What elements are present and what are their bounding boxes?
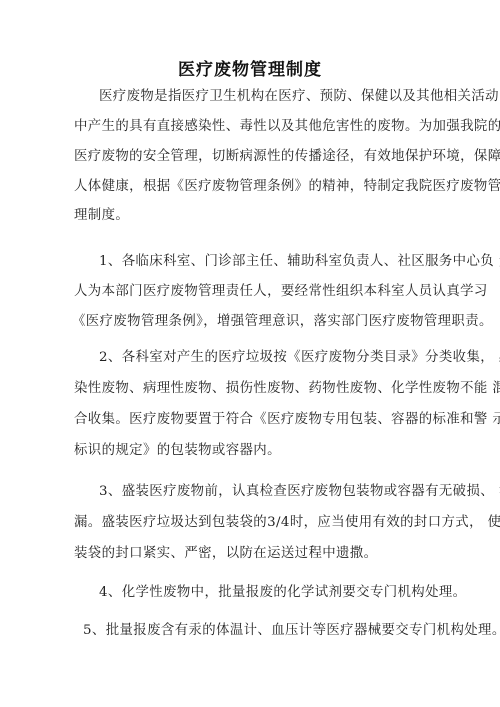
paragraph-intro-line-1: 医疗废物是指医疗卫生机构在医疗、预防、保健以及其他相关活动 bbox=[99, 88, 434, 106]
paragraph-intro-line-4: 人体健康，根据《医疗废物管理条例》的精神，特制定我院医疗废物管 bbox=[74, 178, 434, 196]
item-2-line-1: 2、各科室对产生的医疗垃圾按《医疗废物分类目录》分类收集， 感 bbox=[99, 349, 434, 367]
document-page: 医疗废物管理制度 医疗废物是指医疗卫生机构在医疗、预防、保健以及其他相关活动 中… bbox=[0, 0, 500, 707]
item-4-line-1: 4、化学性废物中，批量报废的化学试剂要交专门机构处理。 bbox=[99, 584, 434, 602]
item-3-line-2: 漏。盛装医疗垃圾达到包装袋的3/4时，应当使用有效的封口方式， 使包 bbox=[74, 514, 434, 532]
item-1-line-2: 人为本部门医疗废物管理责任人，要经常性组织本科室人员认真学习 bbox=[74, 283, 434, 301]
paragraph-intro-line-5: 理制度。 bbox=[74, 207, 434, 225]
paragraph-intro-line-2: 中产生的具有直接感染性、毒性以及其他危害性的废物。为加强我院的 bbox=[74, 118, 434, 136]
item-3-line-1: 3、盛装医疗废物前，认真检查医疗废物包装物或容器有无破损、 渗 bbox=[99, 483, 434, 501]
item-5-line-1: 5、批量报废含有汞的体温计、血压计等医疗器械要交专门机构处理。 bbox=[83, 622, 443, 640]
document-title: 医疗废物管理制度 bbox=[0, 55, 500, 80]
item-2-line-3: 合收集。医疗废物要置于符合《医疗废物专用包装、容器的标准和警 示 bbox=[74, 411, 434, 429]
item-2-line-2: 染性废物、病理性废物、损伤性废物、药物性废物、化学性废物不能 混 bbox=[74, 380, 434, 398]
paragraph-intro-line-3: 医疗废物的安全管理，切断病源性的传播途径，有效地保护环境，保障 bbox=[74, 148, 434, 166]
item-2-line-4: 标识的规定》的包装物或容器内。 bbox=[74, 442, 434, 460]
item-1-line-1: 1、各临床科室、门诊部主任、辅助科室负责人、社区服务中心负 责 bbox=[99, 253, 434, 271]
item-1-line-3: 《医疗废物管理条例》，增强管理意识，落实部门医疗废物管理职责。 bbox=[72, 313, 432, 331]
item-3-line-3: 装袋的封口紧实、严密，以防在运送过程中遗撒。 bbox=[74, 545, 434, 563]
